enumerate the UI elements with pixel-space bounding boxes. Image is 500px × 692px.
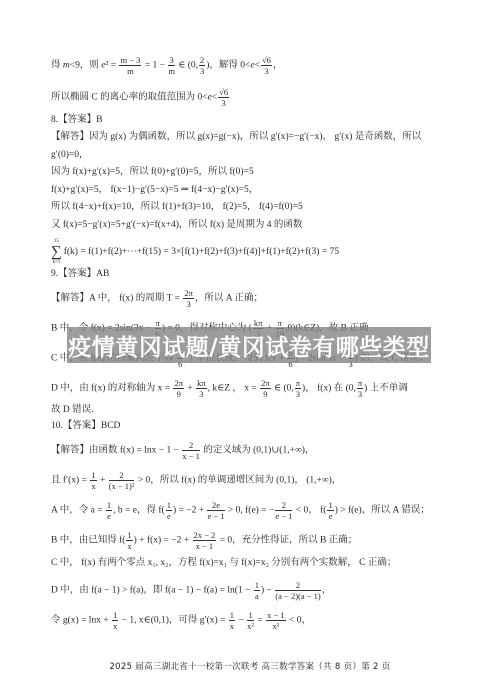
fraction: 1x (90, 470, 96, 491)
denominator: x² (247, 621, 254, 631)
text: + (98, 476, 108, 486)
text: D 中，由 f(x) 的对称轴为 x = (51, 384, 172, 394)
fraction: 1x (112, 610, 118, 631)
denominator: e (166, 511, 172, 521)
numerator: 2 (275, 500, 292, 511)
text: 的定义域为 (0,1)∪(1,+∞)， (201, 446, 315, 456)
watermark-banner: 疫情黄冈试题/黄冈试卷有哪些类型 (67, 327, 431, 363)
numerator: 2π (183, 288, 194, 299)
fraction: x − 1x² (266, 610, 286, 631)
question-9-answer: 9.【答案】AB (51, 268, 109, 280)
q8-solution-line-3: 因为 f(x)+g′(x)=5，所以 f(0)+g′(0)=5，所以 f(0)=… (51, 166, 254, 178)
q10-option-c: C 中， f(x) 有两个零点 x₁, x₂，方程 f(x)=x₁ 与 f(x)… (51, 557, 396, 569)
text: + (185, 384, 195, 394)
text: )，解得 0< (206, 61, 250, 71)
numerator: π (357, 378, 363, 389)
denominator: 9 (260, 389, 271, 399)
text: = 1 − (142, 61, 167, 71)
denominator: m (119, 66, 141, 76)
denominator: e (106, 511, 112, 521)
fraction: 2π3 (183, 288, 194, 309)
text: 【解答】A 中， (51, 294, 119, 304)
numerator: 1 (112, 610, 118, 621)
watermark-text: 疫情黄冈试题/黄冈试卷有哪些类型 (68, 329, 429, 362)
fraction: 2x − 1 (182, 440, 200, 461)
text: )， f(x) 在 (0, (302, 384, 356, 394)
fraction: m − 3m (119, 55, 141, 76)
text: f(k) = f(1)+f(2)+⋯+f(15) = 3×[f(1)+f(2)+… (64, 247, 339, 257)
numerator: √6 (218, 87, 229, 98)
q10-solution-derivative: 且 f′(x) = 1x + 2(x − 1)² > 0，所以 f(x) 的单调… (51, 470, 341, 491)
math-var: m (63, 61, 70, 71)
text: ，所以 A 正确； (195, 294, 263, 304)
denominator: x (90, 481, 96, 491)
fraction: 23 (199, 55, 205, 76)
sum-lower: k=1 (51, 259, 62, 266)
fraction: 1x² (247, 610, 254, 631)
numerator: 1 (247, 610, 254, 621)
denominator: x (112, 621, 118, 631)
text: D 中，由 f(a − 1) > f(a)，即 f(a − 1) − f(a) … (51, 586, 253, 596)
numerator: kπ (196, 378, 207, 389)
text: 且 f′(x) = (51, 476, 89, 486)
numerator: 2 (199, 55, 205, 66)
fraction: π3 (295, 378, 301, 399)
q9-option-a: 【解答】A 中， f(x) 的周期 T = 2π3，所以 A 正确； (51, 288, 263, 309)
denominator: 9 (173, 389, 184, 399)
numerator: 2π (173, 378, 184, 389)
denominator: x (126, 541, 132, 551)
fraction: √63 (218, 87, 229, 108)
text-line-eccentricity-range: 所以椭圆 C 的离心率的取值范围为 0<e<√63 (51, 87, 230, 108)
fraction: 2π9 (173, 378, 184, 399)
numerator: 1 (254, 580, 260, 591)
denominator: x − 1 (193, 541, 217, 551)
fraction: kπ3 (196, 378, 207, 399)
numerator: m − 3 (119, 55, 141, 66)
text: ∈ (0, (272, 384, 294, 394)
denominator: 3 (199, 66, 205, 76)
numerator: 2x − 2 (193, 530, 217, 541)
denominator: m (168, 66, 175, 76)
q8-solution-line-5: 所以 f(4−x)+f(x)=10，所以 f(1)+f(3)=10， f(2)=… (51, 201, 303, 213)
denominator: x² (266, 621, 286, 631)
text: ) + f(x) = −2 + (134, 536, 192, 546)
text: < 0， f( (293, 506, 326, 516)
text: 得 (51, 61, 63, 71)
text: > 0，所以 f(x) 的单调递增区间为 (0,1)， (1,+∞)， (135, 476, 341, 486)
fraction: 1x (229, 610, 235, 631)
text: 所以椭圆 C 的离心率的取值范围为 0< (51, 93, 208, 103)
numerator: 3 (168, 55, 175, 66)
text: < (212, 93, 217, 103)
q8-solution-line-1: 【解答】因为 g(x) 为偶函数，所以 g(x)=g(−x)，所以 g′(x)=… (51, 131, 421, 143)
text: f(x) 的周期 T = (119, 294, 182, 304)
numerator: 2 (275, 580, 320, 591)
text: ² = (105, 61, 118, 71)
fraction: 2π9 (260, 378, 271, 399)
text: − (236, 616, 246, 626)
denominator: x (229, 621, 235, 631)
fraction: 1e (166, 500, 172, 521)
fraction: 3m (168, 55, 175, 76)
text: − 1, x∈(0,1)，可得 g′(x) = (119, 616, 227, 626)
text: < (255, 61, 260, 71)
text: = (255, 616, 265, 626)
q10-option-d: D 中，由 f(a − 1) > f(a)，即 f(a − 1) − f(a) … (51, 580, 331, 601)
text: ) > f(e)，所以 A 错误； (335, 506, 430, 516)
text: > 0, f(e) = − (226, 506, 275, 516)
summation-symbol: 15∑k=1 (51, 238, 62, 266)
text-line-eccentricity-derivation: 得 m<9，则 e² = m − 3m = 1 − 3m ∈ (0,23)，解得… (51, 55, 282, 76)
question-8-answer: 8.【答案】B (51, 114, 102, 126)
q8-solution-line-4: f(x)+g′(x)=5， f(x−1)−g′(5−x)=5 ⇒ f(4−x)−… (51, 184, 258, 196)
denominator: (x − 1)² (109, 481, 135, 491)
denominator: e − 1 (275, 511, 292, 521)
denominator: a (254, 591, 260, 601)
denominator: 3 (357, 389, 363, 399)
fraction: 1a (254, 580, 260, 601)
q8-summation-line: 15∑k=1f(k) = f(1)+f(2)+⋯+f(15) = 3×[f(1)… (51, 238, 339, 266)
fraction: 1e (106, 500, 112, 521)
fraction: 2x − 2x − 1 (193, 530, 217, 551)
q9-option-d-conclusion: 故 D 错误． (51, 404, 101, 416)
fraction: 2(x − 1)² (109, 470, 135, 491)
text: A 中，令 a = (51, 506, 105, 516)
numerator: 1 (106, 500, 112, 511)
fraction: 2(a − 2)(a − 1) (275, 580, 320, 601)
page-footer: 2025 届高三湖北省十一校第一次联考 高三数学答案（共 8 页）第 2 页 (0, 660, 500, 672)
q10-solution-domain: 【解答】由函数 f(x) = lnx − 1 − 2x − 1 的定义域为 (0… (51, 440, 314, 461)
numerator: 1 (229, 610, 235, 621)
text: 【解答】由函数 f(x) = lnx − 1 − (51, 446, 181, 456)
text: ∈ (0, (176, 61, 198, 71)
fraction: 2e − 1 (275, 500, 292, 521)
numerator: 1 (166, 500, 172, 511)
numerator: 2e (207, 500, 224, 511)
text: , k∈Z ， x = (208, 384, 259, 394)
text: ， (273, 61, 283, 71)
denominator: x − 1 (182, 451, 200, 461)
fraction: π3 (357, 378, 363, 399)
numerator: x − 1 (266, 610, 286, 621)
denominator: e (327, 511, 333, 521)
numerator: 2π (260, 378, 271, 389)
numerator: 2 (182, 440, 200, 451)
denominator: 3 (261, 66, 272, 76)
text: < 0， (287, 616, 311, 626)
denominator: e − 1 (207, 511, 224, 521)
denominator: (a − 2)(a − 1) (275, 591, 320, 601)
denominator: 3 (295, 389, 301, 399)
q8-solution-line-6: 又 f(x)=5−g′(x)=5+g′(−x)=f(x+4)，所以 f(x) 是… (51, 219, 302, 231)
text: ， (322, 586, 332, 596)
text: B 中，由已知得 f( (51, 536, 125, 546)
q10-option-b: B 中，由已知得 f(1x) + f(x) = −2 + 2x − 2x − 1… (51, 530, 357, 551)
fraction: 1x (126, 530, 132, 551)
text: = 0，充分性得证，所以 B 正确； (217, 536, 357, 546)
q8-solution-line-2: g′(0)=0， (51, 149, 89, 161)
text: 令 g(x) = lnx + (51, 616, 111, 626)
numerator: 1 (90, 470, 96, 481)
denominator: 3 (183, 299, 194, 309)
numerator: √6 (261, 55, 272, 66)
numerator: 2 (109, 470, 135, 481)
question-10-answer: 10.【答案】BCD (51, 420, 120, 432)
denominator: 3 (218, 98, 229, 108)
text: ) − (261, 586, 274, 596)
fraction: 1e (327, 500, 333, 521)
numerator: π (295, 378, 301, 389)
fraction: √63 (261, 55, 272, 76)
text: <9，则 (70, 61, 101, 71)
text: , b = e，得 f( (113, 506, 165, 516)
numerator: 1 (126, 530, 132, 541)
text: ) = −2 + (173, 506, 207, 516)
text: ) 上不单调 (364, 384, 408, 394)
q10-option-d-g-function: 令 g(x) = lnx + 1x − 1, x∈(0,1)，可得 g′(x) … (51, 610, 311, 631)
numerator: 1 (327, 500, 333, 511)
q10-option-a: A 中，令 a = 1e, b = e，得 f(1e) = −2 + 2ee −… (51, 500, 430, 521)
denominator: 3 (196, 389, 207, 399)
q9-option-d: D 中，由 f(x) 的对称轴为 x = 2π9 + kπ3, k∈Z ， x … (51, 378, 408, 399)
sigma: ∑ (51, 245, 62, 259)
fraction: 2ee − 1 (207, 500, 224, 521)
